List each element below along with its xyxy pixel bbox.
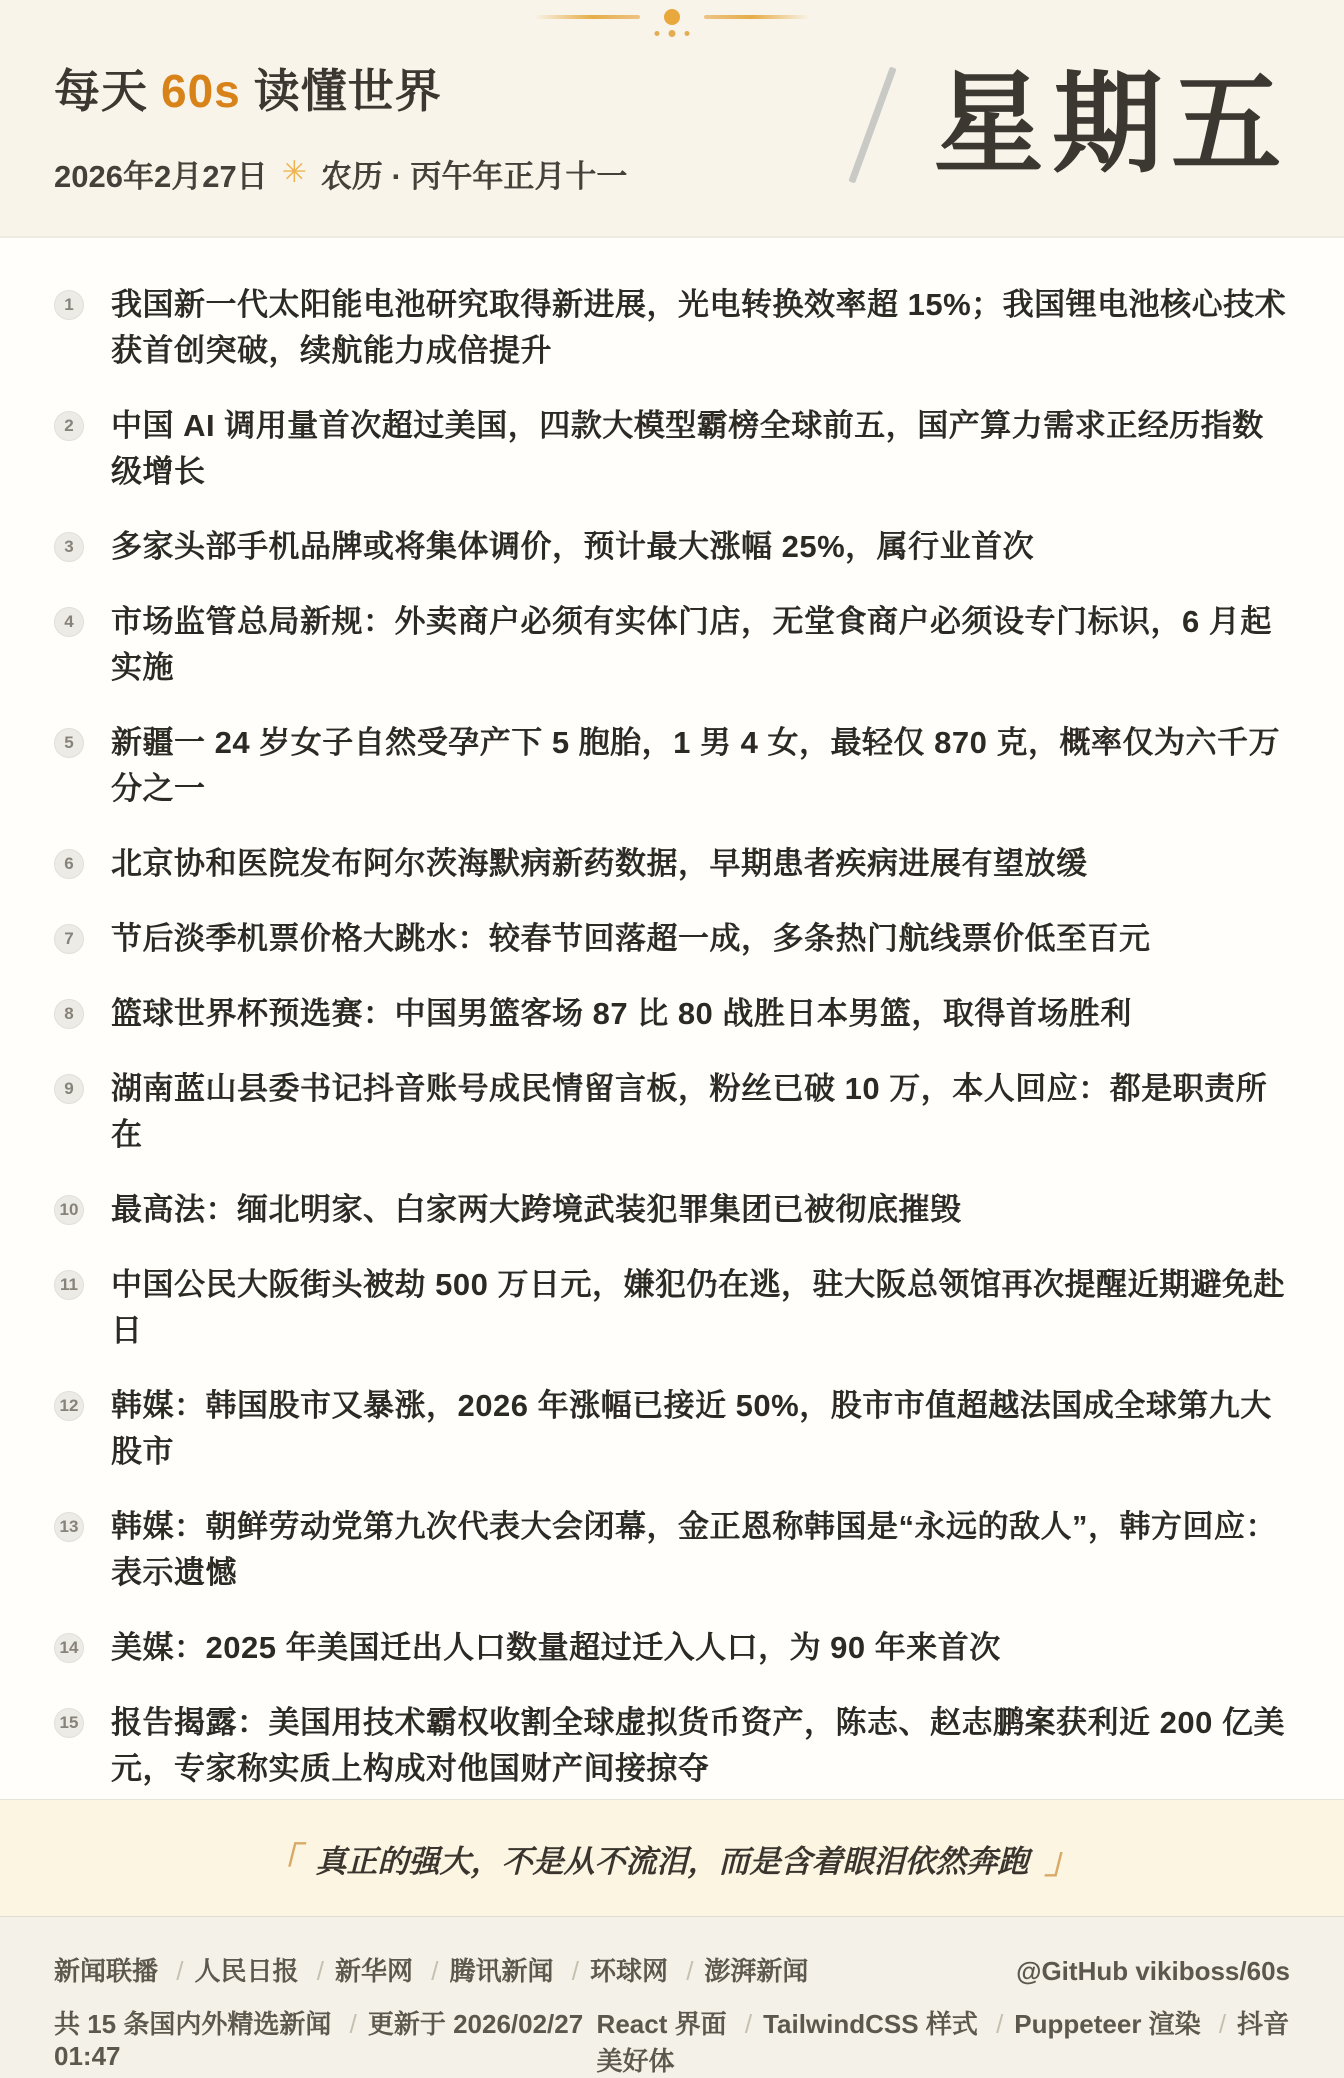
source-name: 澎湃新闻 [704, 1956, 808, 1986]
source-item: /环球网 [561, 1956, 668, 1986]
footer-row-sources: /新闻联播 /人民日报 /新华网 /腾讯新闻 /环球网 /澎湃新闻 @GitHu… [54, 1951, 1290, 1988]
source-item: /澎湃新闻 [675, 1956, 808, 1986]
title-suffix: 读懂世界 [254, 55, 442, 121]
ornament-dot-icon [664, 9, 680, 25]
source-name: 新闻联播 [54, 1956, 158, 1986]
item-number-badge: 9 [54, 1074, 84, 1104]
tech-item: /Puppeteer 渲染 [985, 2009, 1201, 2039]
separator: / [317, 1956, 324, 1986]
weekday-label: 星期五 [934, 70, 1290, 180]
source-item: /腾讯新闻 [420, 1956, 553, 1986]
footer-tech: /React 界面 /TailwindCSS 样式 /Puppeteer 渲染 … [597, 2004, 1290, 2078]
news-digest-card: 每天 60s 读懂世界 2026年2月27日 ✳ 农历 · 丙午年正月十一 星期… [0, 0, 1344, 2078]
page-title: 每天 60s 读懂世界 [54, 55, 627, 121]
news-list: 1 我国新一代太阳能电池研究取得新进展，光电转换效率超 15%；我国锂电池核心技… [0, 238, 1344, 1799]
item-number-badge: 2 [54, 411, 84, 441]
dot-icon [685, 31, 690, 36]
news-item: 12 韩媒：韩国股市又暴涨，2026 年涨幅已接近 50%，股市市值超越法国成全… [54, 1383, 1290, 1475]
news-item: 3 多家头部手机品牌或将集体调价，预计最大涨幅 25%，属行业首次 [54, 524, 1290, 570]
separator: / [686, 1956, 693, 1986]
slash-divider [848, 66, 896, 183]
news-text: 韩媒：韩国股市又暴涨，2026 年涨幅已接近 50%，股市市值超越法国成全球第九… [111, 1383, 1290, 1475]
daily-quote: 「 真正的强大，不是从不流泪，而是含着眼泪依然奔跑 」 [247, 1833, 1096, 1884]
item-number-badge: 5 [54, 728, 84, 758]
source-item: /人民日报 [165, 1956, 298, 1986]
item-number-badge: 10 [54, 1195, 84, 1225]
tech-text: TailwindCSS 样式 [763, 2009, 978, 2039]
separator: / [431, 1956, 438, 1986]
header-right: 星期五 [869, 64, 1290, 186]
news-item: 15 报告揭露：美国用技术霸权收割全球虚拟货币资产，陈志、赵志鹏案获利近 200… [54, 1700, 1290, 1792]
quote-strip: 「 真正的强大，不是从不流泪，而是含着眼泪依然奔跑 」 [0, 1799, 1344, 1917]
separator: / [996, 2009, 1003, 2039]
github-handle: @GitHub vikiboss/60s [1016, 1956, 1290, 1987]
separator: / [745, 2009, 752, 2039]
news-item: 8 篮球世界杯预选赛：中国男篮客场 87 比 80 战胜日本男篮，取得首场胜利 [54, 991, 1290, 1037]
source-name: 新华网 [335, 1956, 413, 1986]
item-number-badge: 7 [54, 924, 84, 954]
item-number-badge: 6 [54, 849, 84, 879]
item-number-badge: 1 [54, 290, 84, 320]
item-number-badge: 8 [54, 999, 84, 1029]
separator: / [176, 1956, 183, 1986]
news-text: 报告揭露：美国用技术霸权收割全球虚拟货币资产，陈志、赵志鹏案获利近 200 亿美… [111, 1700, 1290, 1792]
item-number-badge: 13 [54, 1512, 84, 1542]
news-item: 1 我国新一代太阳能电池研究取得新进展，光电转换效率超 15%；我国锂电池核心技… [54, 282, 1290, 374]
footer-sources: /新闻联播 /人民日报 /新华网 /腾讯新闻 /环球网 /澎湃新闻 [54, 1951, 808, 1988]
news-text: 北京协和医院发布阿尔茨海默病新药数据，早期患者疾病进展有望放缓 [111, 841, 1088, 887]
news-text: 湖南蓝山县委书记抖音账号成民情留言板，粉丝已破 10 万，本人回应：都是职责所在 [111, 1066, 1290, 1158]
news-text: 韩媒：朝鲜劳动党第九次代表大会闭幕，金正恩称韩国是“永远的敌人”，韩方回应：表示… [111, 1504, 1290, 1596]
news-item: 13 韩媒：朝鲜劳动党第九次代表大会闭幕，金正恩称韩国是“永远的敌人”，韩方回应… [54, 1504, 1290, 1596]
header: 每天 60s 读懂世界 2026年2月27日 ✳ 农历 · 丙午年正月十一 星期… [0, 0, 1344, 236]
source-item: /新华网 [306, 1956, 413, 1986]
ornament-line-right [704, 15, 810, 19]
item-number-badge: 11 [54, 1270, 84, 1300]
tech-item: /TailwindCSS 样式 [734, 2009, 978, 2039]
close-bracket-icon: 」 [1045, 1833, 1081, 1884]
news-item: 14 美媒：2025 年美国迁出人口数量超过迁入人口，为 90 年来首次 [54, 1625, 1290, 1671]
news-item: 2 中国 AI 调用量首次超过美国，四款大模型霸榜全球前五，国产算力需求正经历指… [54, 403, 1290, 495]
gregorian-date: 2026年2月27日 [54, 151, 268, 196]
meta-text: 共 15 条国内外精选新闻 [54, 2009, 331, 2039]
title-highlight: 60s [161, 64, 241, 118]
news-text: 节后淡季机票价格大跳水：较春节回落超一成，多条热门航线票价低至百元 [111, 916, 1151, 962]
news-item: 10 最高法：缅北明家、白家两大跨境武装犯罪集团已被彻底摧毁 [54, 1187, 1290, 1233]
item-number-badge: 12 [54, 1391, 84, 1421]
news-text: 我国新一代太阳能电池研究取得新进展，光电转换效率超 15%；我国锂电池核心技术获… [111, 282, 1290, 374]
news-card: 1 我国新一代太阳能电池研究取得新进展，光电转换效率超 15%；我国锂电池核心技… [0, 236, 1344, 1799]
title-prefix: 每天 [54, 55, 148, 121]
news-item: 4 市场监管总局新规：外卖商户必须有实体门店，无堂食商户必须设专门标识，6 月起… [54, 599, 1290, 691]
lunar-date: 农历 · 丙午年正月十一 [321, 151, 628, 196]
source-name: 腾讯新闻 [449, 1956, 553, 1986]
news-text: 篮球世界杯预选赛：中国男篮客场 87 比 80 战胜日本男篮，取得首场胜利 [111, 991, 1132, 1037]
separator: / [572, 1956, 579, 1986]
date-row: 2026年2月27日 ✳ 农历 · 丙午年正月十一 [54, 151, 627, 196]
news-text: 美媒：2025 年美国迁出人口数量超过迁入人口，为 90 年来首次 [111, 1625, 1001, 1671]
source-item: /新闻联播 [54, 1956, 158, 1986]
dot-icon [669, 30, 676, 37]
news-text: 市场监管总局新规：外卖商户必须有实体门店，无堂食商户必须设专门标识，6 月起实施 [111, 599, 1290, 691]
news-text: 中国 AI 调用量首次超过美国，四款大模型霸榜全球前五，国产算力需求正经历指数级… [111, 403, 1290, 495]
item-number-badge: 14 [54, 1633, 84, 1663]
news-item: 11 中国公民大阪街头被劫 500 万日元，嫌犯仍在逃，驻大阪总领馆再次提醒近期… [54, 1262, 1290, 1354]
separator: / [350, 2009, 357, 2039]
news-text: 多家头部手机品牌或将集体调价，预计最大涨幅 25%，属行业首次 [111, 524, 1034, 570]
item-number-badge: 3 [54, 532, 84, 562]
meta-item: /共 15 条国内外精选新闻 [54, 2009, 331, 2039]
separator: / [1219, 2009, 1226, 2039]
footer: /新闻联播 /人民日报 /新华网 /腾讯新闻 /环球网 /澎湃新闻 @GitHu… [0, 1917, 1344, 2078]
item-number-badge: 15 [54, 1708, 84, 1738]
top-ornament [534, 9, 810, 25]
news-item: 6 北京协和医院发布阿尔茨海默病新药数据，早期患者疾病进展有望放缓 [54, 841, 1290, 887]
ornament-small-dots [655, 30, 690, 37]
source-name: 环球网 [590, 1956, 668, 1986]
dot-icon [655, 31, 660, 36]
tech-item: /React 界面 [597, 2009, 727, 2039]
news-item: 7 节后淡季机票价格大跳水：较春节回落超一成，多条热门航线票价低至百元 [54, 916, 1290, 962]
open-bracket-icon: 「 [263, 1833, 299, 1884]
quote-text: 真正的强大，不是从不流泪，而是含着眼泪依然奔跑 [316, 1836, 1029, 1881]
asterisk-icon: ✳ [282, 158, 307, 188]
source-name: 人民日报 [194, 1956, 298, 1986]
ornament-line-left [534, 15, 640, 19]
footer-row-meta: /共 15 条国内外精选新闻 /更新于 2026/02/27 01:47 /Re… [54, 2004, 1290, 2078]
tech-text: Puppeteer 渲染 [1014, 2009, 1200, 2039]
header-left: 每天 60s 读懂世界 2026年2月27日 ✳ 农历 · 丙午年正月十一 [54, 55, 627, 196]
news-item: 9 湖南蓝山县委书记抖音账号成民情留言板，粉丝已破 10 万，本人回应：都是职责… [54, 1066, 1290, 1158]
footer-meta: /共 15 条国内外精选新闻 /更新于 2026/02/27 01:47 [54, 2004, 597, 2072]
item-number-badge: 4 [54, 607, 84, 637]
news-item: 5 新疆一 24 岁女子自然受孕产下 5 胞胎，1 男 4 女，最轻仅 870 … [54, 720, 1290, 812]
news-text: 新疆一 24 岁女子自然受孕产下 5 胞胎，1 男 4 女，最轻仅 870 克，… [111, 720, 1290, 812]
tech-text: React 界面 [597, 2009, 727, 2039]
news-text: 中国公民大阪街头被劫 500 万日元，嫌犯仍在逃，驻大阪总领馆再次提醒近期避免赴… [111, 1262, 1290, 1354]
news-text: 最高法：缅北明家、白家两大跨境武装犯罪集团已被彻底摧毁 [111, 1187, 962, 1233]
